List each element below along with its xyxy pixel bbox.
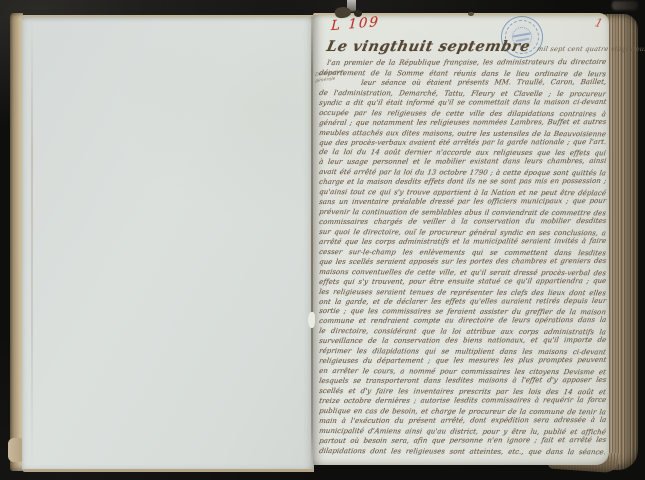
- manuscript-line: leur séance où étaient présents MM. Trau…: [318, 78, 607, 89]
- manuscript-line: partout où besoin sera, afin que personn…: [318, 436, 607, 447]
- manuscript-line: religieuses du département ; que les mes…: [318, 356, 607, 367]
- manuscript-line: syndic a dit qu'il était informé qu'il s…: [318, 98, 607, 109]
- edge-tear-mark: [308, 312, 315, 328]
- date-heading: Le vingthuit septembremil sept cent quat…: [327, 36, 609, 55]
- manuscript-line: charge et la maison desdits effets dont …: [318, 177, 607, 188]
- manuscript-line: que des procès-verbaux avaient été arrêt…: [318, 137, 607, 148]
- page-corner-blur: [612, 1, 638, 10]
- manuscript-line: arrêté que les corps administratifs et l…: [318, 237, 607, 248]
- paper-speck: [468, 12, 474, 16]
- manuscript-line: effets qui s'y trouvent, pour être ensui…: [318, 277, 607, 288]
- manuscript-line: surveillance de la conservation des bien…: [318, 336, 607, 347]
- date-heading-small: mil sept cent quatre vingt douze: [536, 45, 645, 53]
- manuscript-line: lesquels se transporteront dans lesdites…: [318, 376, 607, 387]
- manuscript-line: commissaires chargés de veiller à la con…: [318, 217, 607, 228]
- manuscript-line: à leur usage personnel et le mobilier ex…: [318, 157, 607, 168]
- manuscript-line: que les scellés seraient apposés sur les…: [318, 257, 607, 268]
- manuscript-lines: l'an premier de la République française,…: [319, 59, 606, 457]
- manuscript-line: l'an premier de la République française,…: [318, 58, 607, 69]
- manuscript-line: dilapidations dont les religieuses sont …: [318, 447, 606, 458]
- blank-verso-page: [22, 15, 314, 472]
- manuscript-line: commune et rendraient compte au directoi…: [318, 316, 607, 327]
- manuscript-line: ont la garde, et de déclarer les effets …: [318, 296, 607, 307]
- page-crease: [31, 17, 33, 469]
- manuscript-line: sans un inventaire préalable dressé par …: [318, 197, 607, 208]
- binding-nick: [8, 438, 22, 462]
- manuscript-line: main à l'exécution du présent arrêté, do…: [318, 416, 607, 427]
- manuscript-line: général ; que notamment les religieuses …: [318, 118, 607, 129]
- gutter-shadow: [311, 16, 313, 464]
- manuscript-recto-page: L 109 1 Le vingthuit septembremil sept c…: [313, 13, 609, 465]
- date-heading-large: Le vingthuit septembre: [325, 38, 532, 55]
- manuscript-scan: L 109 1 Le vingthuit septembremil sept c…: [0, 0, 645, 480]
- manuscript-line: treize octobre dernières ; autorise lesd…: [318, 396, 607, 407]
- folio-number-annotation: 1: [593, 15, 604, 31]
